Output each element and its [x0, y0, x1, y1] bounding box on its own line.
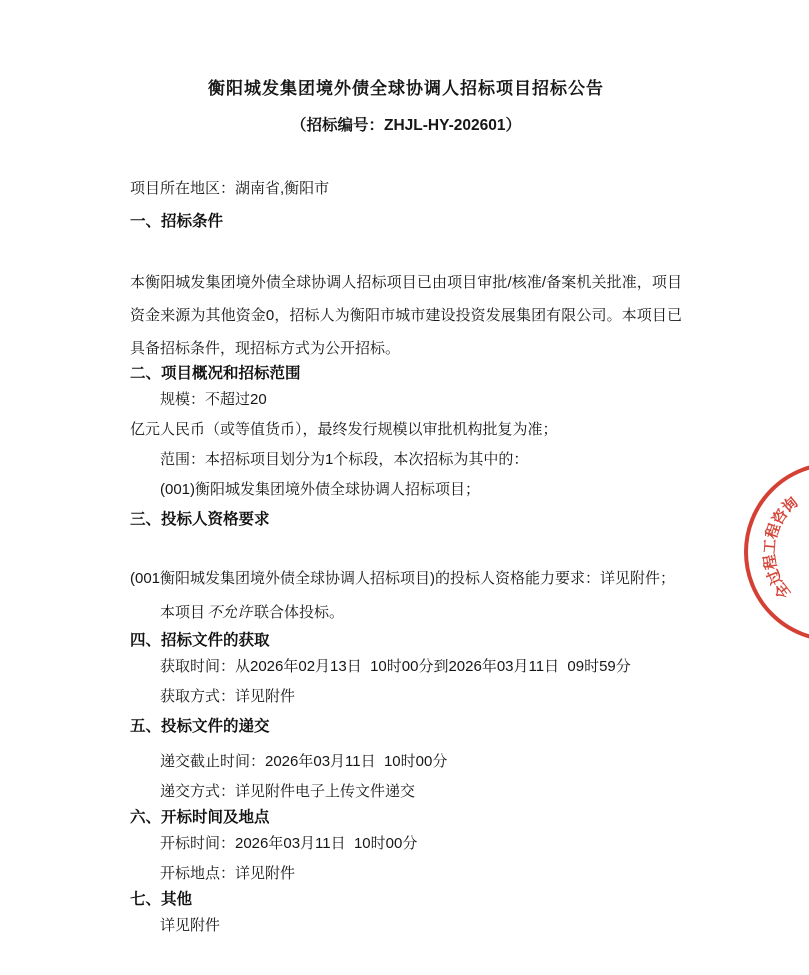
seal-ring: [746, 464, 809, 640]
lot-line: (001)衡阳城发集团境外债全球协调人招标项目；: [130, 475, 682, 505]
official-seal: 全过程工程咨询: [700, 438, 809, 673]
seal-ring-character: 过: [764, 567, 786, 588]
section-7-heading: 七、其他: [130, 889, 682, 911]
document-page: 衡阳城发集团境外债全球协调人招标项目招标公告 （招标编号：ZHJL-HY-202…: [0, 0, 809, 975]
obtain-time-line: 获取时间：从2026年02月13日 10时00分到2026年03月11日 09时…: [130, 652, 682, 682]
seal-ring-character: 工: [761, 538, 779, 554]
scale-line: 规模：不超过20: [130, 385, 682, 415]
scale-continuation-line: 亿元人民币（或等值货币），最终发行规模以审批机构批复为准；: [130, 415, 682, 445]
range-line: 范围：本招标项目划分为1个标段，本次招标为其中的：: [130, 445, 682, 475]
seal-ring-character: 程: [762, 521, 784, 541]
section-6-heading: 六、开标时间及地点: [130, 807, 682, 829]
jv-suffix: 联合体投标。: [254, 604, 344, 621]
section-4-heading: 四、招标文件的获取: [130, 630, 682, 652]
other-details-line: 详见附件: [130, 911, 682, 941]
opening-time-line: 开标时间：2026年03月11日 10时00分: [130, 829, 682, 859]
jv-not-allowed-emphasis: 不允许: [205, 604, 254, 621]
seal-ring-character: 咨: [768, 506, 791, 528]
section-3-heading: 三、投标人资格要求: [130, 509, 682, 531]
obtain-method-line: 获取方式：详见附件: [130, 682, 682, 712]
jv-prefix: 本项目: [160, 604, 205, 621]
document-content: 衡阳城发集团境外债全球协调人招标项目招标公告 （招标编号：ZHJL-HY-202…: [130, 78, 682, 941]
seal-ring-character: 询: [778, 493, 801, 516]
project-location-line: 项目所在地区：湖南省,衡阳市: [130, 179, 682, 199]
section-1-heading: 一、招标条件: [130, 211, 682, 233]
submission-method-line: 递交方式：详见附件电子上传文件递交: [130, 777, 682, 807]
document-title: 衡阳城发集团境外债全球协调人招标项目招标公告: [130, 78, 682, 100]
section-1-body: 本衡阳城发集团境外债全球协调人招标项目已由项目审批/核准/备案机关批准，项目资金…: [130, 266, 682, 365]
section-5-heading: 五、投标文件的递交: [130, 716, 682, 738]
seal-ring-character: 程: [760, 553, 780, 571]
joint-venture-line: 本项目不允许联合体投标。: [130, 598, 682, 628]
tender-number: （招标编号：ZHJL-HY-202601）: [130, 115, 682, 137]
submission-deadline-line: 递交截止时间：2026年03月11日 10时00分: [130, 747, 682, 777]
qualification-requirements: (001衡阳城发集团境外债全球协调人招标项目)的投标人资格能力要求：详见附件；: [130, 562, 682, 595]
seal-ring-character: 全: [771, 579, 794, 602]
opening-place-line: 开标地点：详见附件: [130, 859, 682, 889]
section-2-heading: 二、项目概况和招标范围: [130, 363, 682, 385]
